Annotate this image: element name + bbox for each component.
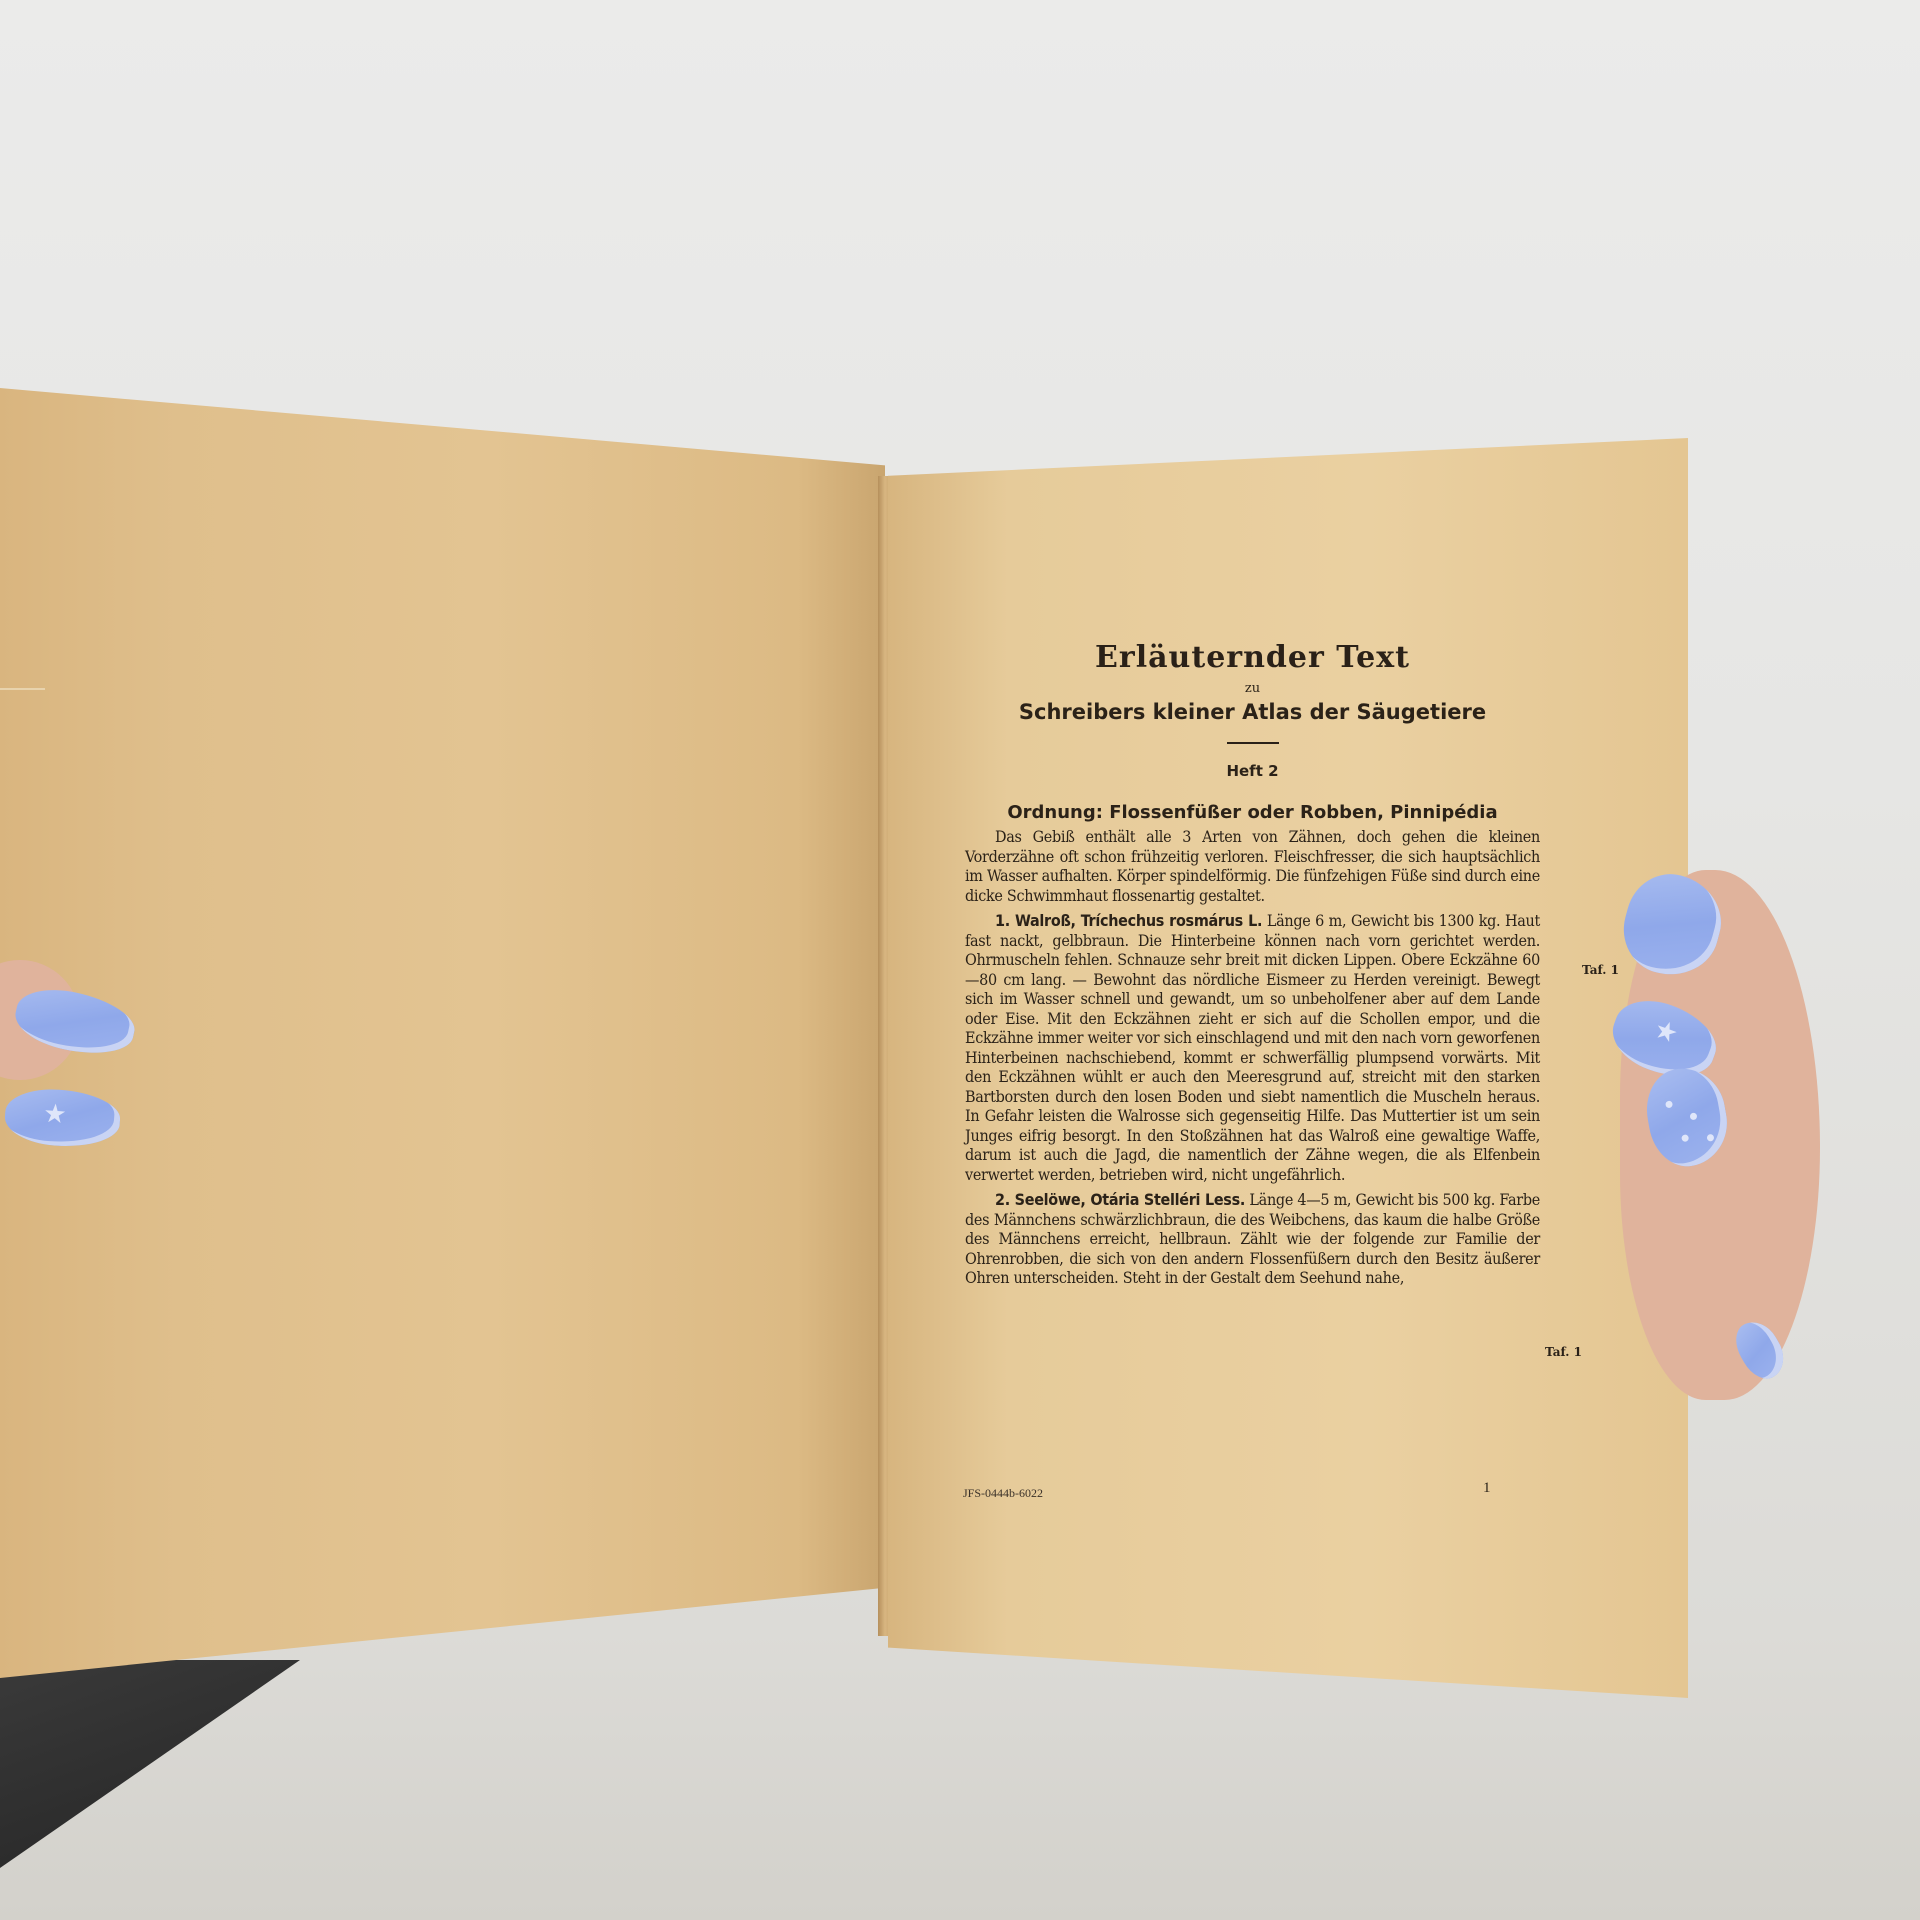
margin-note-plate: Taf. 1 (1582, 963, 1619, 977)
margin-note-plate: Taf. 1 (1545, 1345, 1582, 1359)
right-page-text: Erläuternder Text zu Schreibers kleiner … (965, 640, 1540, 1294)
entry-seeloewe: 2. Seelöwe, Otária Stelléri Less. Länge … (965, 1190, 1540, 1288)
page-subtitle: Schreibers kleiner Atlas der Säugetiere (965, 700, 1540, 724)
dark-object-background (0, 1660, 300, 1920)
footer-print-code: JFS-0444b-6022 (963, 1486, 1043, 1501)
issue-label: Heft 2 (965, 762, 1540, 780)
title-connector: zu (965, 681, 1540, 696)
star-icon: ★ (42, 1099, 67, 1131)
entry-walross: 1. Walroß, Tríchechus rosmárus L. Länge … (965, 911, 1540, 1184)
page-title: Erläuternder Text (965, 640, 1540, 675)
entry-body: Länge 6 m, Gewicht bis 1300 kg. Haut fas… (965, 911, 1540, 1184)
entry-heading: 1. Walroß, Tríchechus rosmárus L. (995, 911, 1262, 930)
star-icon: ★ (1650, 1014, 1682, 1050)
order-heading: Ordnung: Flossenfüßer oder Robben, Pinni… (965, 802, 1540, 823)
intro-paragraph: Das Gebiß enthält alle 3 Arten von Zähne… (965, 827, 1540, 905)
page-tear (0, 688, 45, 720)
title-divider (1227, 742, 1279, 744)
page-number: 1 (1483, 1480, 1491, 1497)
entry-heading: 2. Seelöwe, Otária Stelléri Less. (995, 1190, 1245, 1209)
photo-scene: Erläuternder Text zu Schreibers kleiner … (0, 0, 1920, 1920)
